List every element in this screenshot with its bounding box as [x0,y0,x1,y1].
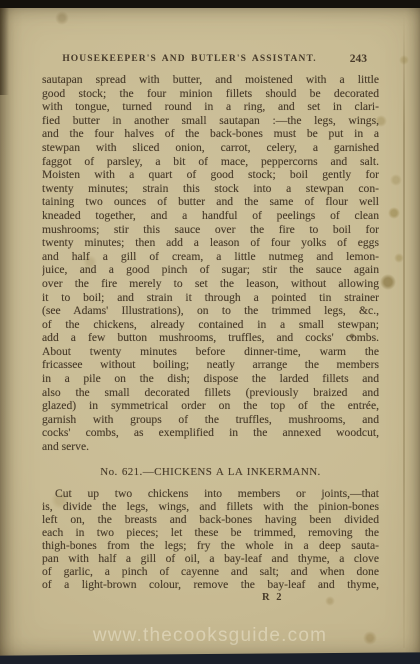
text-line: pan with half a gill of oil, a bay-leaf … [42,552,379,565]
text-line: left on, the breasts and back-bones havi… [42,513,379,526]
text-line: over the fire merely to set the leason, … [42,277,379,291]
corner-shadow [0,0,9,95]
page-number: 243 [350,53,367,65]
photo-edge-bottom [0,652,420,664]
text-line: About twenty minutes before dinner-time,… [42,345,379,359]
text-line: stewpan with sliced onion, carrot, celer… [42,141,379,155]
text-line: (see Adams' Illustrations), on to the tr… [42,304,379,318]
text-line: of the chickens, already contained in a … [42,318,379,332]
text-line: fricassee without boiling; neatly arrang… [42,358,379,372]
text-line: juice, and a good pinch of sugar; stir t… [42,263,379,277]
text-line: faggot of parsley, a bit of mace, pepper… [42,155,379,169]
text-line: also the small decorated fillets (previo… [42,386,379,400]
text-line: add a few button mushrooms, truffles, an… [42,331,379,345]
running-header-row: HOUSEKEEPER'S AND BUTLER'S ASSISTANT. 24… [42,53,379,68]
text-line: and serve. [42,440,379,454]
text-line: each in two pieces; let these be trimmed… [42,526,379,539]
photo-edge-top [0,0,420,8]
section-heading: No. 621.—CHICKENS A LA INKERMANN. [42,466,379,478]
text-line: glazed) in symmetrical order on the top … [42,399,379,413]
text-line: and half a gill of cream, a little nutme… [42,250,379,264]
text-line: and the four halves of the back-bones mu… [42,127,379,141]
text-line: Moisten with a quart of good stock; boil… [42,168,379,182]
watermark: www.thecooksguide.com [0,625,420,647]
text-line: kneaded together, and a handful of peeli… [42,209,379,223]
text-line: twenty minutes; then add a leason of fou… [42,236,379,250]
text-line: with tongue, turned round in a ring, and… [42,100,379,114]
text-line: of a light-brown colour, remove the bay-… [42,578,379,591]
signature-mark: R 2 [262,592,379,603]
text-line: is, divide the legs, wings, and fillets … [42,500,379,513]
paragraph-continuation: sautapan spread with butter, and moisten… [42,73,379,454]
text-line: twenty minutes; strain this stock into a… [42,182,379,196]
text-line: Cut up two chickens into members or join… [42,487,379,500]
page-crease [403,14,405,648]
text-line: cocks' combs, as exemplified in the anne… [42,426,379,440]
book-page-photo: HOUSEKEEPER'S AND BUTLER'S ASSISTANT. 24… [0,0,420,664]
text-line: in a pile on the dish; dispose the larde… [42,372,379,386]
text-line: of garlic, a pinch of cayenne and salt; … [42,565,379,578]
running-header: HOUSEKEEPER'S AND BUTLER'S ASSISTANT. [42,54,337,64]
text-line: thigh-bones from the legs; fry the whole… [42,539,379,552]
text-line: good stock; the four minion fillets shou… [42,87,379,101]
paragraph-recipe-621: Cut up two chickens into members or join… [42,487,379,592]
text-line: taining two ounces of butter and the sam… [42,195,379,209]
text-line: garnish with groups of the truffles, mus… [42,413,379,427]
page-content: HOUSEKEEPER'S AND BUTLER'S ASSISTANT. 24… [42,53,379,603]
text-line: sautapan spread with butter, and moisten… [42,73,379,87]
text-line: fied butter in another small sautapan :—… [42,114,379,128]
text-line: mushrooms; stir this sauce over the fire… [42,223,379,237]
text-line: it to boil; and strain it through a poin… [42,291,379,305]
